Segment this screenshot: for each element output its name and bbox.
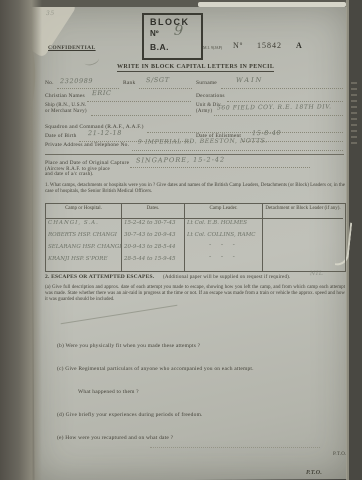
no-value: 2320989 [60, 77, 93, 85]
camp-cell: SELARANG HSP. CHANGI [46, 243, 122, 255]
dotted-line [139, 87, 192, 89]
col-header-dates: Dates. [122, 204, 185, 219]
address-label: Private Address and Telephone No. [45, 142, 129, 148]
dob-label: Date of Birth [45, 133, 77, 139]
block-number-stamp: BLOCK Nº 9 B.A. [142, 13, 203, 60]
stamp-block-number-handwritten: 9 [173, 23, 184, 40]
camp-cell: CHANGI, S.A. [46, 219, 122, 231]
stamp-ba-label: B.A. [150, 42, 169, 52]
detachment-cell [263, 219, 343, 231]
instruction-heading: WRITE IN BLOCK CAPITAL LETTERS IN PENCIL [117, 64, 274, 72]
leader-cell: Lt Col. E.B. HOLMES [185, 219, 263, 231]
christian-names-value: ERIC [92, 89, 112, 97]
form-no-label: Nº [233, 41, 243, 50]
unit-value: 560 FIELD COY. R.E. 18TH DIV. [217, 103, 332, 111]
dotted-line [214, 114, 343, 116]
detachment-cell [263, 231, 343, 243]
pencil-note: 35 [46, 10, 55, 17]
dotted-line [87, 100, 191, 102]
ship-label-line2: or Merchant Navy) [45, 109, 87, 114]
dotted-line [150, 446, 320, 448]
decorations-label: Decorations [196, 93, 225, 99]
detachment-cell [263, 255, 343, 271]
leader-ditto-cell: ″ ″ ″ [185, 255, 263, 271]
capture-value: SINGAPORE, 15-2-42 [136, 156, 225, 165]
no-label: No. [45, 80, 54, 86]
capture-note-line2: and date of a/c crash). [45, 172, 94, 177]
nil-handwritten: NIL [310, 270, 323, 277]
photographed-document: 35 CONFIDENTIAL BLOCK Nº 9 B.A. M.I. 9(J… [0, 0, 362, 480]
dotted-line [147, 131, 343, 133]
dates-cell: 20-9-43 to 28-5-44 [122, 243, 185, 255]
leader-ditto-cell: ″ ″ ″ [185, 243, 263, 255]
dates-cell: 30-7-43 to 20-9-43 [122, 231, 185, 243]
pencil-squiggle [83, 54, 100, 67]
capture-label: Place and Date of Original Capture [45, 160, 129, 166]
camp-cell: ROBERTS HSP. CHANGI [46, 231, 122, 243]
dates-cell: 15-2-42 to 30-7-43 [122, 219, 185, 231]
pto-edge-label: P.T.O. [333, 452, 346, 457]
pto-label: P.T.O. [306, 470, 322, 476]
rank-value: S/SGT [146, 76, 170, 84]
surname-value: WAIN [236, 76, 263, 84]
series-letter: A [296, 41, 302, 50]
col-header-detachment: Detachment or Block Leader (if any). [263, 204, 343, 219]
form-no-value: 15842 [257, 41, 282, 50]
dotted-line [130, 166, 310, 168]
question-2d-text: (d) Give briefly your experiences during… [57, 412, 203, 418]
rank-label: Rank [123, 80, 135, 86]
question-2-note: (Additional paper will be supplied on re… [163, 275, 290, 280]
question-2e-text: (e) How were you recaptured and on what … [57, 435, 173, 441]
confidential-label: CONFIDENTIAL [48, 45, 96, 51]
mi9-label: M.I. 9(JAP) [203, 45, 222, 50]
camps-table: Camp or Hospital. Dates. Camp Leader. De… [45, 203, 346, 272]
camp-cell: KRANJI HSP. S'PORE [46, 255, 122, 271]
dotted-line [91, 114, 191, 116]
dotted-line [227, 100, 343, 102]
dotted-line [132, 149, 343, 151]
dotted-line [221, 87, 343, 89]
detachment-cell [263, 243, 343, 255]
question-2b-text: (b) Were you physically fit when you mad… [57, 343, 200, 349]
stamp-no-label: Nº [150, 29, 159, 38]
question-2-heading: 2. ESCAPES OR ATTEMPTED ESCAPES. [45, 274, 154, 280]
dob-value: 21-12-18 [88, 129, 122, 137]
col-header-camp: Camp or Hospital. [46, 204, 122, 219]
pencil-stroke [61, 305, 178, 324]
form-content: 35 CONFIDENTIAL BLOCK Nº 9 B.A. M.I. 9(J… [0, 0, 362, 480]
address-value: 9 IMPERIAL RD. BEESTON, NOTTS. [138, 137, 268, 145]
question-2a-text: (a) Give full description and approx. da… [45, 285, 345, 304]
unit-label-line2: (Army) [196, 109, 212, 114]
enlistment-value: 15-8-40 [252, 129, 281, 137]
dates-cell: 28-5-44 to 15-9-45 [122, 255, 185, 271]
leader-cell: Lt Col. COLLINS, RAMC [185, 231, 263, 243]
christian-names-label: Christian Names [45, 93, 85, 99]
question-2c-text: (c) Give Regimental particulars of anyon… [57, 366, 254, 372]
question-1-text: 1. What camps, detachments or hospitals … [45, 183, 345, 195]
surname-label: Surname [196, 80, 217, 86]
ship-label-line1: Ship (R.N., U.S.N. [45, 103, 86, 108]
col-header-leader: Camp Leader. [185, 204, 263, 219]
question-2c2-text: What happened to them ? [78, 389, 139, 395]
